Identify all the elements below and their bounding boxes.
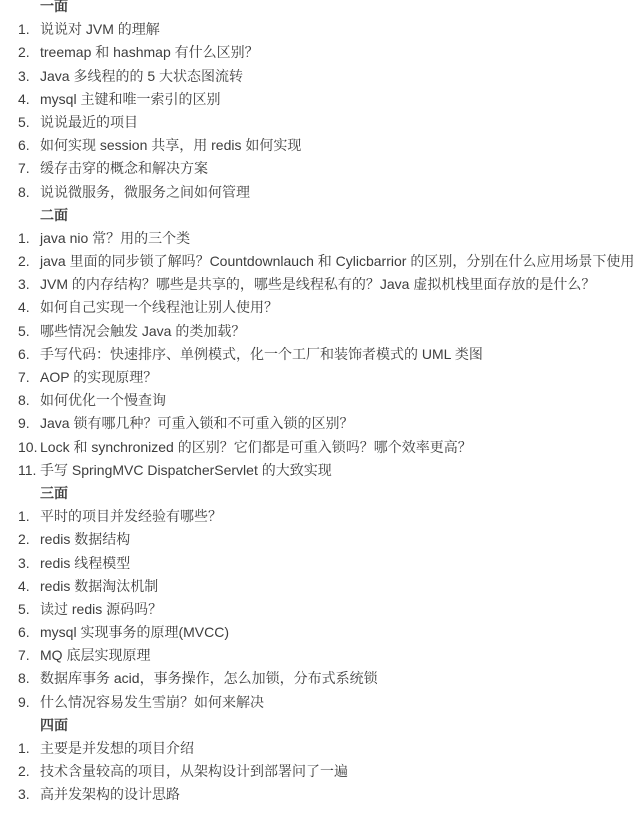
item-number: 3. xyxy=(18,552,30,575)
list-item: 1.说说对 JVM 的理解 xyxy=(0,18,641,41)
list-item: 6.手写代码：快速排序、单例模式，化一个工厂和装饰者模式的 UML 类图 xyxy=(0,343,641,366)
list-item: 8.数据库事务 acid，事务操作，怎么加锁，分布式系统锁 xyxy=(0,667,641,690)
item-text: redis 线程模型 xyxy=(40,552,130,575)
item-text: java 里面的同步锁了解吗？Countdownlauch 和 Cylicbar… xyxy=(40,250,634,273)
section-header: 三面 xyxy=(0,482,641,505)
list-item: 9.什么情况容易发生雪崩？如何来解决 xyxy=(0,691,641,714)
item-text: Java 锁有哪几种？可重入锁和不可重入锁的区别？ xyxy=(40,412,353,435)
list-item: 6.如何实现 session 共享，用 redis 如何实现 xyxy=(0,134,641,157)
section-title: 二面 xyxy=(40,204,68,227)
list-item: 5.读过 redis 源码吗？ xyxy=(0,598,641,621)
item-number: 8. xyxy=(18,181,30,204)
item-text: redis 数据结构 xyxy=(40,528,130,551)
item-number: 7. xyxy=(18,366,30,389)
item-text: Lock 和 synchronized 的区别？它们都是可重入锁吗？哪个效率更高… xyxy=(40,436,472,459)
item-number: 1. xyxy=(18,505,30,528)
item-number: 4. xyxy=(18,88,30,111)
section-header: 一面 xyxy=(0,0,641,18)
section-header: 二面 xyxy=(0,204,641,227)
item-text: java nio 常？用的三个类 xyxy=(40,227,190,250)
item-number: 3. xyxy=(18,65,30,88)
list-item: 3.redis 线程模型 xyxy=(0,552,641,575)
item-number: 1. xyxy=(18,227,30,250)
item-number: 2. xyxy=(18,528,30,551)
item-number: 6. xyxy=(18,134,30,157)
list-item: 9.Java 锁有哪几种？可重入锁和不可重入锁的区别？ xyxy=(0,412,641,435)
list-item: 2.技术含量较高的项目，从架构设计到部署问了一遍 xyxy=(0,760,641,783)
item-number: 6. xyxy=(18,621,30,644)
item-text: JVM 的内存结构？哪些是共享的，哪些是线程私有的？Java 虚拟机栈里面存放的… xyxy=(40,273,595,296)
item-text: 手写 SpringMVC DispatcherServlet 的大致实现 xyxy=(40,459,332,482)
list-item: 7.MQ 底层实现原理 xyxy=(0,644,641,667)
list-item: 7.缓存击穿的概念和解决方案 xyxy=(0,157,641,180)
section-title: 四面 xyxy=(40,714,68,737)
item-text: 缓存击穿的概念和解决方案 xyxy=(40,157,208,180)
item-number: 9. xyxy=(18,412,30,435)
item-text: 主要是并发想的项目介绍 xyxy=(40,737,194,760)
item-text: AOP 的实现原理？ xyxy=(40,366,157,389)
list-item: 5.说说最近的项目 xyxy=(0,111,641,134)
list-item: 7.AOP 的实现原理？ xyxy=(0,366,641,389)
item-number: 2. xyxy=(18,760,30,783)
item-text: 如何自己实现一个线程池让别人使用？ xyxy=(40,296,278,319)
item-text: MQ 底层实现原理 xyxy=(40,644,150,667)
item-number: 4. xyxy=(18,575,30,598)
item-number: 4. xyxy=(18,296,30,319)
item-text: 如何实现 session 共享，用 redis 如何实现 xyxy=(40,134,301,157)
item-text: 高并发架构的设计思路 xyxy=(40,783,180,806)
list-item: 1.平时的项目并发经验有哪些？ xyxy=(0,505,641,528)
item-text: 读过 redis 源码吗？ xyxy=(40,598,162,621)
item-number: 8. xyxy=(18,667,30,690)
item-text: 数据库事务 acid，事务操作，怎么加锁，分布式系统锁 xyxy=(40,667,378,690)
item-text: 手写代码：快速排序、单例模式，化一个工厂和装饰者模式的 UML 类图 xyxy=(40,343,483,366)
list-item: 8.说说微服务，微服务之间如何管理 xyxy=(0,181,641,204)
item-text: mysql 实现事务的原理(MVCC) xyxy=(40,621,229,644)
section-header: 四面 xyxy=(0,714,641,737)
list-item: 2.treemap 和 hashmap 有什么区别？ xyxy=(0,41,641,64)
item-number: 9. xyxy=(18,691,30,714)
section-title: 一面 xyxy=(40,0,68,18)
list-item: 5.哪些情况会触发 Java 的类加载？ xyxy=(0,320,641,343)
item-text: Java 多线程的的 5 大状态图流转 xyxy=(40,65,243,88)
interview-questions-document: 一面 1.说说对 JVM 的理解 2.treemap 和 hashmap 有什么… xyxy=(0,0,641,807)
item-text: treemap 和 hashmap 有什么区别？ xyxy=(40,41,259,64)
list-item: 3.JVM 的内存结构？哪些是共享的，哪些是线程私有的？Java 虚拟机栈里面存… xyxy=(0,273,641,296)
item-number: 3. xyxy=(18,783,30,806)
item-number: 8. xyxy=(18,389,30,412)
item-text: 说说对 JVM 的理解 xyxy=(40,18,160,41)
item-number: 2. xyxy=(18,41,30,64)
list-item: 11.手写 SpringMVC DispatcherServlet 的大致实现 xyxy=(0,459,641,482)
item-number: 6. xyxy=(18,343,30,366)
list-item: 3.Java 多线程的的 5 大状态图流转 xyxy=(0,65,641,88)
list-item: 10.Lock 和 synchronized 的区别？它们都是可重入锁吗？哪个效… xyxy=(0,436,641,459)
list-item: 2.java 里面的同步锁了解吗？Countdownlauch 和 Cylicb… xyxy=(0,250,641,273)
item-text: 说说微服务，微服务之间如何管理 xyxy=(40,181,250,204)
list-item: 4.redis 数据淘汰机制 xyxy=(0,575,641,598)
list-item: 3.高并发架构的设计思路 xyxy=(0,783,641,806)
item-text: redis 数据淘汰机制 xyxy=(40,575,158,598)
item-number: 1. xyxy=(18,18,30,41)
item-number: 2. xyxy=(18,250,30,273)
list-item: 8.如何优化一个慢查询 xyxy=(0,389,641,412)
item-text: mysql 主键和唯一索引的区别 xyxy=(40,88,220,111)
section-title: 三面 xyxy=(40,482,68,505)
item-number: 5. xyxy=(18,598,30,621)
item-number: 7. xyxy=(18,644,30,667)
item-text: 说说最近的项目 xyxy=(40,111,138,134)
list-item: 4.mysql 主键和唯一索引的区别 xyxy=(0,88,641,111)
item-text: 如何优化一个慢查询 xyxy=(40,389,166,412)
list-item: 2.redis 数据结构 xyxy=(0,528,641,551)
list-item: 1.主要是并发想的项目介绍 xyxy=(0,737,641,760)
list-item: 1.java nio 常？用的三个类 xyxy=(0,227,641,250)
item-number: 11. xyxy=(18,459,36,482)
item-text: 什么情况容易发生雪崩？如何来解决 xyxy=(40,691,264,714)
item-number: 10. xyxy=(18,436,37,459)
item-number: 3. xyxy=(18,273,30,296)
item-number: 1. xyxy=(18,737,30,760)
item-number: 5. xyxy=(18,320,30,343)
list-item: 4.如何自己实现一个线程池让别人使用？ xyxy=(0,296,641,319)
item-text: 技术含量较高的项目，从架构设计到部署问了一遍 xyxy=(40,760,348,783)
list-item: 6.mysql 实现事务的原理(MVCC) xyxy=(0,621,641,644)
item-text: 平时的项目并发经验有哪些？ xyxy=(40,505,222,528)
item-number: 5. xyxy=(18,111,30,134)
item-text: 哪些情况会触发 Java 的类加载？ xyxy=(40,320,245,343)
item-number: 7. xyxy=(18,157,30,180)
